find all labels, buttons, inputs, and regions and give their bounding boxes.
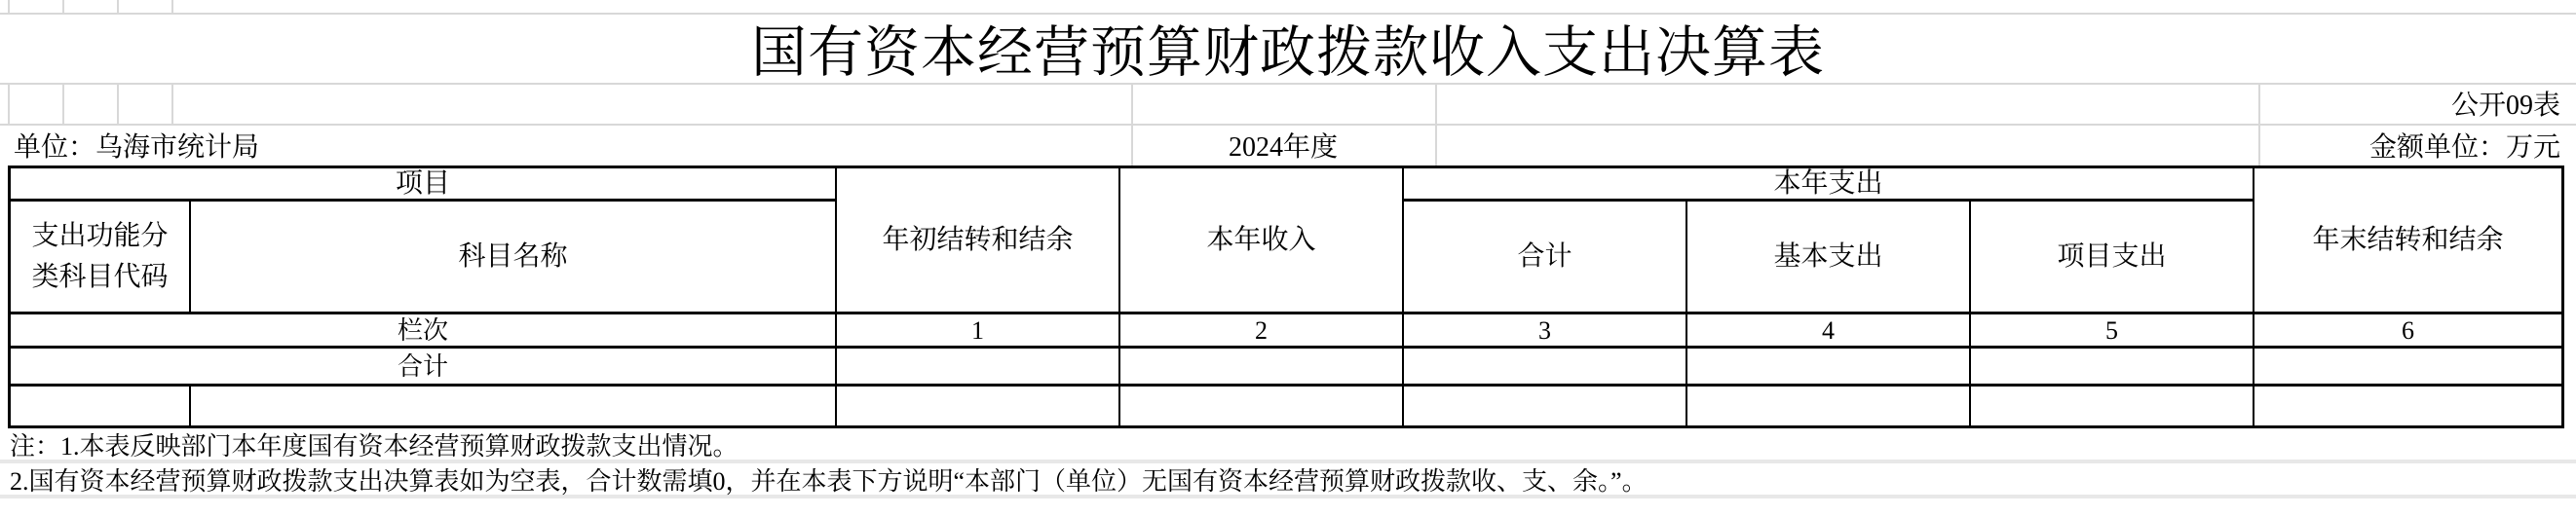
column-index-5: 5 — [1971, 314, 2254, 349]
empty-row-cell-2 — [1120, 387, 1404, 425]
total-row-label: 合计 — [11, 349, 837, 387]
total-row-cell-4 — [1687, 349, 1971, 387]
column-index-4: 4 — [1687, 314, 1971, 349]
total-row-cell-1 — [837, 349, 1120, 387]
notes: 注：1.本表反映部门本年度国有资本经营预算财政拨款支出情况。 2.国有资本经营预… — [0, 428, 2576, 498]
empty-row-cell-5 — [1971, 387, 2254, 425]
column-index-2: 2 — [1120, 314, 1404, 349]
header-expenditure-code: 支出功能分类科目代码 — [11, 202, 191, 314]
gridline-vertical — [62, 0, 64, 13]
header-project-expenditure: 项目支出 — [1971, 202, 2254, 314]
form-code: 公开09表 — [0, 83, 2576, 124]
header-closing-balance: 年末结转和结余 — [2254, 168, 2561, 314]
column-index-1: 1 — [837, 314, 1120, 349]
fiscal-year-label: 2024年度 — [1131, 124, 1435, 166]
gridline-vertical — [171, 0, 173, 13]
header-current-year-income: 本年收入 — [1120, 168, 1404, 314]
header-project-group: 项目 — [11, 168, 837, 202]
total-row-cell-2 — [1120, 349, 1404, 387]
empty-row-cell-1 — [837, 387, 1120, 425]
note-line-2: 2.国有资本经营预算财政拨款支出决算表如为空表，合计数需填0，并在本表下方说明“… — [0, 463, 2576, 498]
total-row-cell-6 — [2254, 349, 2561, 387]
page: 国有资本经营预算财政拨款收入支出决算表 公开09表 单位：乌海市统计局 2024… — [0, 0, 2576, 516]
header-subject-name: 科目名称 — [191, 202, 837, 314]
column-index-6: 6 — [2254, 314, 2561, 349]
page-title: 国有资本经营预算财政拨款收入支出决算表 — [0, 13, 2576, 83]
gridline-vertical — [8, 0, 10, 13]
gridline-vertical — [117, 0, 119, 13]
header-opening-balance: 年初结转和结余 — [837, 168, 1120, 314]
header-expenditure-total: 合计 — [1404, 202, 1687, 314]
empty-row-cell-3 — [1404, 387, 1687, 425]
note-line-1: 注：1.本表反映部门本年度国有资本经营预算财政拨款支出情况。 — [0, 428, 2576, 463]
amount-unit-label: 金额单位：万元 — [2369, 124, 2560, 166]
empty-row-code-cell — [11, 387, 191, 425]
header-expenditure-group: 本年支出 — [1404, 168, 2254, 202]
column-index-3: 3 — [1404, 314, 1687, 349]
column-index-label: 栏次 — [11, 314, 837, 349]
info-row: 单位：乌海市统计局 2024年度 金额单位：万元 — [0, 124, 2576, 166]
final-accounts-table: 项目 年初结转和结余 本年收入 本年支出 年末结转和结余 支出功能分类科目代码 … — [8, 166, 2564, 428]
empty-row-cell-4 — [1687, 387, 1971, 425]
empty-row-subject-cell — [191, 387, 837, 425]
empty-row-cell-6 — [2254, 387, 2561, 425]
total-row-cell-5 — [1971, 349, 2254, 387]
total-row-cell-3 — [1404, 349, 1687, 387]
unit-label: 单位：乌海市统计局 — [14, 124, 259, 166]
header-basic-expenditure: 基本支出 — [1687, 202, 1971, 314]
